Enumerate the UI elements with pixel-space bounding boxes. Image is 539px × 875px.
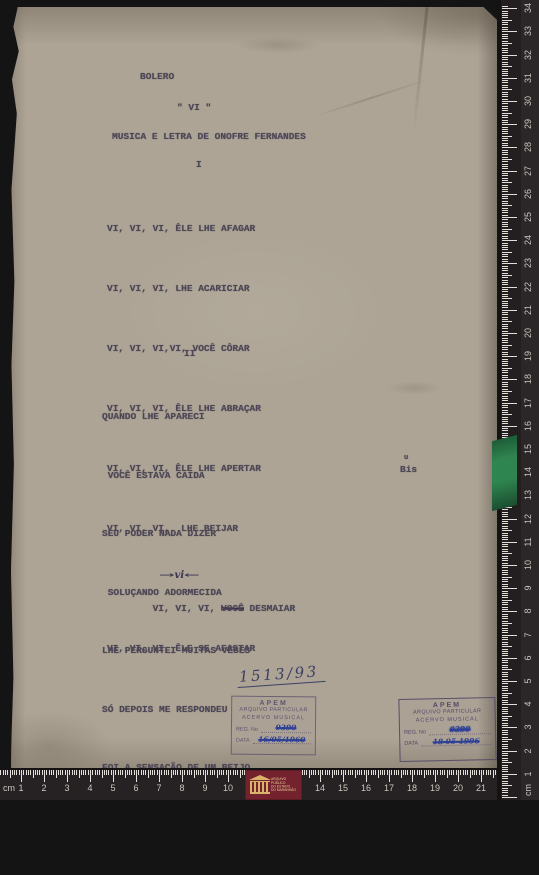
- ruler-tick: [56, 770, 57, 778]
- ruler-tick: [313, 770, 314, 775]
- ruler-tick: [502, 570, 508, 571]
- ruler-tick: [502, 614, 508, 615]
- ruler-tick: [329, 770, 330, 775]
- ruler-tick: [502, 375, 508, 376]
- reg-value-handwritten: 0390: [261, 724, 311, 733]
- ruler-tick: [502, 618, 508, 619]
- ruler-tick: [502, 226, 508, 227]
- ruler-tick: [502, 108, 508, 109]
- ruler-tick: [502, 553, 512, 554]
- ruler-tick: [502, 535, 508, 536]
- stamp-data-row: DATA 18 05 1996: [404, 737, 491, 747]
- ruler-tick: [419, 770, 420, 775]
- ruler-tick: [502, 284, 508, 285]
- ruler-tick: [502, 331, 508, 332]
- ruler-tick: [502, 89, 512, 90]
- ruler-tick: [502, 17, 508, 18]
- ruler-tick: [106, 770, 107, 775]
- ruler-tick: [322, 770, 323, 775]
- data-label: DATA: [404, 741, 418, 747]
- ruler-tick: [502, 117, 508, 118]
- ruler-tick: [502, 565, 517, 566]
- ruler-tick: [502, 597, 508, 598]
- document-page: BOLERO " VI " MUSICA E LETRA DE ONOFRE F…: [11, 7, 497, 769]
- ruler-tick: [502, 544, 508, 545]
- ruler-number-label: 8: [179, 783, 184, 793]
- ruler-tick: [502, 662, 508, 663]
- ruler-tick: [502, 644, 508, 645]
- ruler-tick: [389, 770, 390, 782]
- ruler-tick: [228, 770, 229, 782]
- ruler-tick: [502, 287, 517, 288]
- ruler-tick: [23, 770, 24, 775]
- ruler-tick: [486, 770, 487, 775]
- ruler-tick: [152, 770, 153, 775]
- ruler-tick: [412, 770, 413, 782]
- ruler-tick: [417, 770, 418, 775]
- ruler-number-label: 9: [523, 581, 533, 595]
- ruler-tick: [502, 521, 508, 522]
- ruler-tick: [490, 770, 491, 775]
- ruler-tick: [391, 770, 392, 775]
- ruler-tick: [502, 166, 508, 167]
- ruler-tick: [502, 335, 508, 336]
- ruler-tick: [502, 352, 508, 353]
- ruler-tick: [502, 13, 508, 14]
- ruler-tick: [502, 776, 508, 777]
- ruler-tick: [502, 707, 508, 708]
- ruler-tick: [502, 340, 508, 341]
- ruler-tick: [164, 770, 165, 775]
- stamp-line3: ACERVO MUSICAL: [400, 716, 495, 724]
- ruler-tick: [502, 593, 508, 594]
- ruler-tick: [145, 770, 146, 775]
- ruler-tick: [502, 178, 508, 179]
- ruler-tick: [405, 770, 406, 775]
- data-value-handwritten: 18 05 1996: [421, 737, 491, 747]
- stamp-data-row: DATA 16/05/1960: [236, 735, 311, 744]
- ruler-tick: [502, 233, 508, 234]
- ruler-tick: [502, 82, 508, 83]
- ruler-tick: [502, 607, 508, 608]
- ruler-tick: [502, 185, 508, 186]
- ruler-number-label: 6: [133, 783, 138, 793]
- ruler-tick: [502, 182, 512, 183]
- ruler-tick: [19, 770, 20, 775]
- ruler-tick: [3, 770, 4, 775]
- stamp-reg-row: REG. No 0390: [236, 724, 311, 733]
- ruler-tick: [442, 770, 443, 775]
- ruler-tick: [88, 770, 89, 775]
- ruler-tick: [502, 147, 517, 148]
- ruler-tick: [502, 414, 512, 415]
- ruler-tick: [433, 770, 434, 775]
- ruler-tick: [502, 384, 508, 385]
- ruler-tick: [207, 770, 208, 775]
- ruler-tick: [456, 770, 457, 775]
- ruler-tick: [502, 725, 508, 726]
- ruler-tick: [352, 770, 353, 775]
- reg-label: REG. No: [404, 729, 426, 735]
- ruler-tick: [502, 539, 508, 540]
- ruler-tick: [233, 770, 234, 775]
- ruler-tick: [502, 78, 517, 79]
- ruler-tick: [502, 122, 508, 123]
- ruler-tick: [182, 770, 183, 782]
- ruler-tick: [115, 770, 116, 775]
- ruler-tick: [502, 205, 512, 206]
- ruler-tick: [502, 338, 508, 339]
- ruler-tick: [375, 770, 376, 775]
- ruler-number-label: 33: [523, 24, 533, 38]
- ruler-tick: [502, 361, 508, 362]
- ruler-tick: [39, 770, 40, 775]
- ruler-tick: [502, 560, 508, 561]
- ruler-tick: [502, 765, 508, 766]
- ruler-tick: [502, 795, 508, 796]
- ruler-tick: [214, 770, 215, 775]
- ruler-tick: [502, 391, 512, 392]
- ruler-tick: [318, 770, 319, 775]
- ruler-tick: [502, 175, 508, 176]
- ruler-tick: [502, 790, 508, 791]
- ruler-tick: [502, 245, 508, 246]
- ruler-tick: [384, 770, 385, 775]
- ruler-tick: [465, 770, 466, 775]
- ruler-tick: [380, 770, 381, 775]
- ruler-number-label: 30: [523, 94, 533, 108]
- ruler-tick: [502, 526, 508, 527]
- ruler-tick: [502, 247, 508, 248]
- ruler-tick: [175, 770, 176, 775]
- ruler-tick: [21, 770, 22, 782]
- ruler-tick: [502, 8, 517, 9]
- ruler-tick: [481, 770, 482, 782]
- bis-annotation: Bis: [400, 464, 417, 475]
- ruler-tick: [502, 145, 508, 146]
- ruler-tick: [502, 261, 508, 262]
- ruler-tick: [502, 231, 508, 232]
- ruler-tick: [502, 180, 508, 181]
- ruler-tick: [502, 567, 508, 568]
- ruler-tick: [502, 157, 508, 158]
- ruler-tick: [502, 115, 508, 116]
- ruler-tick: [143, 770, 144, 775]
- ruler-tick: [502, 792, 508, 793]
- ruler-tick: [428, 770, 429, 775]
- ruler-number-label: 1: [523, 767, 533, 781]
- ruler-tick: [502, 273, 508, 274]
- ruler-tick: [502, 236, 508, 237]
- ruler-tick: [502, 252, 512, 253]
- ruler-tick: [12, 770, 13, 775]
- ruler-tick: [502, 769, 508, 770]
- ruler-tick: [502, 6, 508, 7]
- ruler-tick: [502, 29, 508, 30]
- ruler-unit-label: cm: [523, 783, 533, 797]
- ruler-number-label: 34: [523, 1, 533, 15]
- ruler-tick: [502, 314, 508, 315]
- ruler-tick: [7, 770, 8, 775]
- ruler-tick: [502, 732, 508, 733]
- ruler-tick: [338, 770, 339, 775]
- ruler-tick: [502, 635, 517, 636]
- ruler-tick: [118, 770, 119, 775]
- ruler-number-label: 2: [523, 744, 533, 758]
- verse2-heading: II: [184, 348, 195, 359]
- ruler-tick: [502, 697, 508, 698]
- ruler-tick: [83, 770, 84, 775]
- ruler-tick: [502, 138, 508, 139]
- stamp-line3: ACERVO MUSICAL: [232, 715, 315, 722]
- ruler-number-label: 18: [523, 372, 533, 386]
- ruler-number-label: 17: [523, 396, 533, 410]
- ruler-number-label: 27: [523, 164, 533, 178]
- ruler-tick: [502, 577, 512, 578]
- ruler-tick: [309, 770, 310, 778]
- ruler-tick: [502, 658, 517, 659]
- ruler-tick: [134, 770, 135, 775]
- ruler-tick: [194, 770, 195, 778]
- ruler-tick: [502, 676, 508, 677]
- ruler-tick: [502, 700, 508, 701]
- ruler-tick: [502, 407, 508, 408]
- ruler-tick: [502, 523, 508, 524]
- ruler-tick: [502, 727, 517, 728]
- ruler-tick: [502, 760, 508, 761]
- ruler-tick: [502, 693, 512, 694]
- ruler-tick: [361, 770, 362, 775]
- ruler-number-label: 4: [87, 783, 92, 793]
- ruler-tick: [502, 621, 508, 622]
- ruler-tick: [108, 770, 109, 775]
- ruler-tick: [387, 770, 388, 775]
- ruler-tick: [502, 173, 508, 174]
- verse1-line: VI, VI, VI, ÊLE LHE AFAGAR: [107, 219, 295, 239]
- ruler-tick: [479, 770, 480, 775]
- ruler-number-label: 15: [523, 442, 533, 456]
- ruler-number-label: 11: [523, 535, 533, 549]
- ruler-tick: [371, 770, 372, 775]
- ruler-tick: [502, 48, 508, 49]
- ruler-tick: [502, 711, 508, 712]
- ruler-tick: [502, 296, 508, 297]
- paper-crease: [314, 79, 429, 118]
- ruler-tick: [502, 642, 508, 643]
- ruler-tick: [242, 770, 243, 775]
- ruler-tick: [502, 103, 508, 104]
- ruler-tick: [502, 240, 517, 241]
- ruler-tick: [187, 770, 188, 775]
- ruler-tick: [502, 398, 508, 399]
- ruler-tick: [184, 770, 185, 775]
- ruler-tick: [502, 24, 508, 25]
- ruler-tick: [421, 770, 422, 775]
- ruler-tick: [502, 94, 508, 95]
- ruler-tick: [502, 191, 508, 192]
- stamp-line2: ARQUIVO PARTICULAR: [232, 707, 315, 714]
- ruler-tick: [502, 217, 517, 218]
- ruler-tick: [502, 161, 508, 162]
- ruler-tick: [502, 34, 508, 35]
- ruler-tick: [502, 563, 508, 564]
- ruler-tick: [458, 770, 459, 782]
- ruler-tick: [460, 770, 461, 775]
- ruler-tick: [502, 400, 508, 401]
- corrected-line-suffix: DESMAIAR: [244, 603, 295, 614]
- ruler-tick: [191, 770, 192, 775]
- ruler-tick: [495, 770, 496, 775]
- ruler-tick: [76, 770, 77, 775]
- ruler-tick: [306, 770, 307, 775]
- ruler-tick: [502, 556, 508, 557]
- ruler-tick: [177, 770, 178, 775]
- verse2-line: VOCÊ ESTAVA CAIDA: [102, 466, 250, 486]
- ruler-number-label: 21: [523, 303, 533, 317]
- ruler-tick: [502, 50, 508, 51]
- ruler-tick: [502, 238, 508, 239]
- ruler-tick: [502, 120, 508, 121]
- ruler-tick: [502, 669, 512, 670]
- ruler-tick: [467, 770, 468, 775]
- ruler-number-label: 14: [315, 783, 325, 793]
- ruler-tick: [502, 289, 508, 290]
- ruler-number-label: 8: [523, 604, 533, 618]
- ruler-number-label: 17: [384, 783, 394, 793]
- scan-background: BOLERO " VI " MUSICA E LETRA DE ONOFRE F…: [0, 0, 539, 800]
- ruler-tick: [502, 259, 508, 260]
- ruler-tick: [502, 730, 508, 731]
- ruler-tick: [502, 421, 508, 422]
- ruler-tick: [502, 679, 508, 680]
- ruler-number-label: 5: [110, 783, 115, 793]
- ruler-tick: [502, 96, 508, 97]
- ruler-tick: [502, 653, 508, 654]
- ruler-tick: [483, 770, 484, 775]
- ruler-tick: [502, 435, 508, 436]
- ruler-tick: [502, 405, 508, 406]
- ruler-tick: [502, 393, 508, 394]
- ruler-tick: [502, 38, 508, 39]
- ruler-tick: [502, 630, 508, 631]
- ruler-tick: [414, 770, 415, 775]
- ruler-tick: [113, 770, 114, 782]
- stamp-line2: ARQUIVO PARTICULAR: [400, 708, 495, 716]
- ruler-tick: [502, 681, 517, 682]
- ruler-tick: [502, 379, 517, 380]
- ruler-tick: [325, 770, 326, 775]
- ruler-tick: [502, 609, 508, 610]
- ruler-tick: [502, 31, 517, 32]
- ruler-tick: [359, 770, 360, 775]
- ruler-tick: [493, 770, 494, 778]
- paper-crease: [412, 7, 428, 132]
- ruler-tick: [51, 770, 52, 775]
- ruler-tick: [502, 386, 508, 387]
- ruler-tick: [444, 770, 445, 775]
- ruler-tick: [226, 770, 227, 775]
- ruler-tick: [502, 150, 508, 151]
- ruler-tick: [502, 152, 508, 153]
- ruler-tick: [171, 770, 172, 778]
- ruler-tick: [502, 333, 517, 334]
- ruler-tick: [320, 770, 321, 782]
- ruler-tick: [502, 672, 508, 673]
- ruler-tick: [502, 363, 508, 364]
- ruler-tick: [502, 20, 512, 21]
- ruler-tick: [205, 770, 206, 782]
- ruler-number-label: 21: [476, 783, 486, 793]
- ruler-tick: [49, 770, 50, 775]
- ruler-tick: [44, 770, 45, 782]
- ruler-tick: [502, 321, 512, 322]
- ruler-tick: [502, 637, 508, 638]
- ruler-tick: [502, 778, 508, 779]
- ruler-tick: [502, 55, 517, 56]
- ruler-tick: [502, 113, 512, 114]
- ruler-tick: [69, 770, 70, 775]
- ruler-tick: [127, 770, 128, 775]
- ruler-number-label: 13: [523, 488, 533, 502]
- ruler-tick: [148, 770, 149, 778]
- ruler-tick: [502, 639, 508, 640]
- ruler-tick: [502, 291, 508, 292]
- ruler-tick: [502, 73, 508, 74]
- ruler-tick: [92, 770, 93, 775]
- ruler-tick: [157, 770, 158, 775]
- ruler-tick: [502, 372, 508, 373]
- ruler-tick: [10, 770, 11, 778]
- verse2: QUANDO LHE APARECI VOCÊ ESTAVA CAIDA SEU…: [102, 368, 250, 800]
- ruler-tick: [502, 187, 508, 188]
- ruler-tick: [154, 770, 155, 775]
- ruler-tick: [502, 549, 508, 550]
- ruler-number-label: 2: [41, 783, 46, 793]
- ruler-tick: [95, 770, 96, 775]
- ruler-tick: [435, 770, 436, 782]
- ruler-tick: [502, 591, 508, 592]
- ruler-tick: [502, 282, 508, 283]
- ruler-tick: [502, 734, 508, 735]
- ruler-tick: [502, 66, 512, 67]
- ruler-tick: [502, 27, 508, 28]
- ruler-tick: [502, 75, 508, 76]
- ruler-tick: [502, 62, 508, 63]
- ruler-tick: [502, 389, 508, 390]
- ruler-tick: [437, 770, 438, 775]
- ruler-tick: [159, 770, 160, 782]
- ruler-tick: [502, 87, 508, 88]
- ruler-number-label: 14: [523, 465, 533, 479]
- ruler-tick: [502, 574, 508, 575]
- ruler-tick: [502, 324, 508, 325]
- ruler-tick: [502, 588, 517, 589]
- ruler-tick: [502, 136, 512, 137]
- ruler-tick: [502, 410, 508, 411]
- ruler-number-label: 29: [523, 117, 533, 131]
- ruler-tick: [120, 770, 121, 775]
- ruler-tick: [502, 36, 508, 37]
- ruler-tick: [502, 628, 508, 629]
- ruler-tick: [502, 528, 508, 529]
- ruler-tick: [502, 741, 508, 742]
- ruler-tick: [502, 512, 508, 513]
- ruler-tick: [502, 713, 508, 714]
- ruler-tick: [502, 632, 508, 633]
- ruler-tick: [502, 43, 512, 44]
- ruler-tick: [502, 11, 508, 12]
- ruler-number-label: 24: [523, 233, 533, 247]
